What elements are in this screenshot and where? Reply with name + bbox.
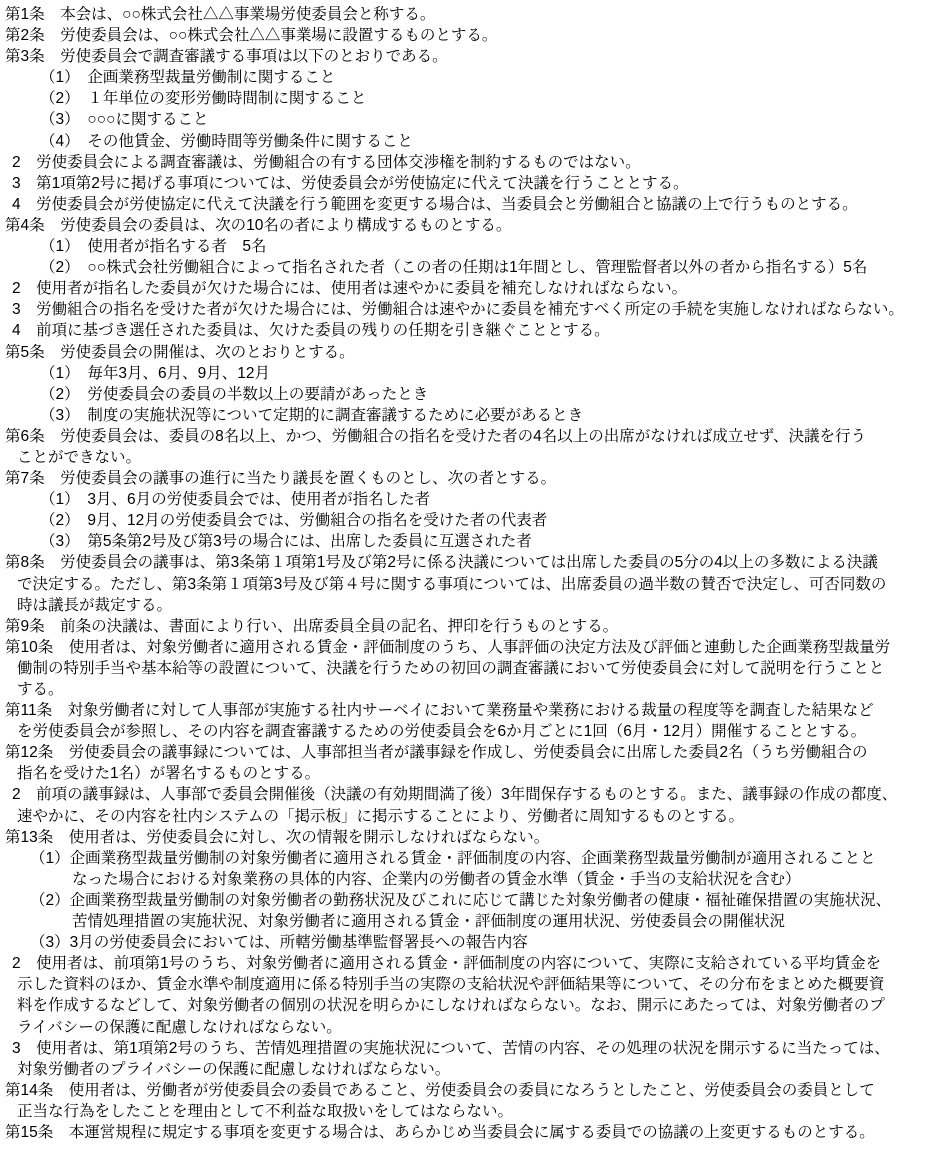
document-line: （2） 9月、12月の労使委員会では、労働組合の指名を受けた者の代表者 xyxy=(0,510,940,531)
document-line: 速やかに、その内容を社内システムの「掲示板」に掲示することにより、労働者に周知す… xyxy=(0,806,940,827)
document-line: 第8条 労使委員会の議事は、第3条第１項第1号及び第2号に係る決議については出席… xyxy=(0,552,940,573)
document-line: 第3条 労使委員会で調査審議する事項は以下のとおりである。 xyxy=(0,46,940,67)
document-line: （1） 使用者が指名する者 5名 xyxy=(0,236,940,257)
document-line: 3 第1項第2号に掲げる事項については、労使委員会が労使協定に代えて決議を行うこ… xyxy=(0,173,940,194)
document-line: （2） ○○株式会社労働組合によって指名された者（この者の任期は1年間とし、管理… xyxy=(0,257,940,278)
document-line: 3 使用者は、第1項第2号のうち、苦情処理措置の実施状況について、苦情の内容、そ… xyxy=(0,1038,940,1059)
document-line: （1） 企画業務型裁量労働制に関すること xyxy=(0,67,940,88)
document-line: 第1条 本会は、○○株式会社△△事業場労使委員会と称する。 xyxy=(0,4,940,25)
document-line: （4） その他賃金、労働時間等労働条件に関すること xyxy=(0,131,940,152)
document-line: （1）企画業務型裁量労働制の対象労働者に適用される賃金・評価制度の内容、企画業務… xyxy=(0,848,940,869)
document-line: で決定する。ただし、第3条第１項第3号及び第４号に関する事項については、出席委員… xyxy=(0,574,940,595)
document-line: 第5条 労使委員会の開催は、次のとおりとする。 xyxy=(0,342,940,363)
document-line: （3）3月の労使委員会においては、所轄労働基準監督署長への報告内容 xyxy=(0,932,940,953)
document-line: 第14条 使用者は、労働者が労使委員会の委員であること、労使委員会の委員になろう… xyxy=(0,1080,940,1101)
document-line: ことができない。 xyxy=(0,447,940,468)
regulation-document: 第1条 本会は、○○株式会社△△事業場労使委員会と称する。第2条 労使委員会は、… xyxy=(0,0,940,1143)
document-line: 第15条 本運営規程に規定する事項を変更する場合は、あらかじめ当委員会に属する委… xyxy=(0,1122,940,1143)
document-line: を労使委員会が参照し、その内容を調査審議するための労使委員会を6か月ごとに1回（… xyxy=(0,721,940,742)
document-line: 示した資料のほか、賃金水準や制度適用に係る特別手当の実際の支給状況や評価結果等に… xyxy=(0,974,940,995)
document-line: 第4条 労使委員会の委員は、次の10名の者により構成するものとする。 xyxy=(0,215,940,236)
document-line: 2 使用者は、前項第1号のうち、対象労働者に適用される賃金・評価制度の内容につい… xyxy=(0,953,940,974)
document-line: 第10条 使用者は、対象労働者に適用される賃金・評価制度のうち、人事評価の決定方… xyxy=(0,637,940,658)
document-line: （1） 3月、6月の労使委員会では、使用者が指名した者 xyxy=(0,489,940,510)
document-line: 第6条 労使委員会は、委員の8名以上、かつ、労働組合の指名を受けた者の4名以上の… xyxy=(0,426,940,447)
document-line: （3） 第5条第2号及び第3号の場合には、出席した委員に互選された者 xyxy=(0,531,940,552)
document-line: 2 使用者が指名した委員が欠けた場合には、使用者は速やかに委員を補充しなければな… xyxy=(0,278,940,299)
document-line: （2） 労使委員会の委員の半数以上の要請があったとき xyxy=(0,384,940,405)
document-line: 第7条 労使委員会の議事の進行に当たり議長を置くものとし、次の者とする。 xyxy=(0,468,940,489)
document-line: 2 労使委員会による調査審議は、労働組合の有する団体交渉権を制約するものではない… xyxy=(0,152,940,173)
document-line: 第11条 対象労働者に対して人事部が実施する社内サーベイにおいて業務量や業務にお… xyxy=(0,700,940,721)
document-line: （2） １年単位の変形労働時間制に関すること xyxy=(0,88,940,109)
document-line: 働制の特別手当や基本給等の設置について、決議を行うための初回の調査審議において労… xyxy=(0,658,940,679)
document-line: 第12条 労使委員会の議事録については、人事部担当者が議事録を作成し、労使委員会… xyxy=(0,742,940,763)
document-line: 時は議長が裁定する。 xyxy=(0,595,940,616)
document-line: 3 労働組合の指名を受けた者が欠けた場合には、労働組合は速やかに委員を補充すべく… xyxy=(0,299,940,320)
document-line: 4 前項に基づき選任された委員は、欠けた委員の残りの任期を引き継ぐこととする。 xyxy=(0,320,940,341)
document-line: （1） 毎年3月、6月、9月、12月 xyxy=(0,363,940,384)
document-line: 苦情処理措置の実施状況、対象労働者に適用される賃金・評価制度の運用状況、労使委員… xyxy=(0,911,940,932)
document-line: （3） ○○○に関すること xyxy=(0,109,940,130)
document-line: なった場合における対象業務の具体的内容、企業内の労働者の賃金水準（賃金・手当の支… xyxy=(0,869,940,890)
document-line: 第9条 前条の決議は、書面により行い、出席委員全員の記名、押印を行うものとする。 xyxy=(0,616,940,637)
document-line: 指名を受けた1名）が署名するものとする。 xyxy=(0,763,940,784)
document-line: 第13条 使用者は、労使委員会に対し、次の情報を開示しなければならない。 xyxy=(0,827,940,848)
document-line: （2）企画業務型裁量労働制の対象労働者の勤務状況及びこれに応じて講じた対象労働者… xyxy=(0,890,940,911)
document-line: ライバシーの保護に配慮しなければならない。 xyxy=(0,1017,940,1038)
document-line: 第2条 労使委員会は、○○株式会社△△事業場に設置するものとする。 xyxy=(0,25,940,46)
document-line: （3） 制度の実施状況等について定期的に調査審議するために必要があるとき xyxy=(0,405,940,426)
document-line: する。 xyxy=(0,679,940,700)
document-body: 第1条 本会は、○○株式会社△△事業場労使委員会と称する。第2条 労使委員会は、… xyxy=(0,4,940,1143)
document-line: 正当な行為をしたことを理由として不利益な取扱いをしてはならない。 xyxy=(0,1101,940,1122)
document-line: 2 前項の議事録は、人事部で委員会開催後（決議の有効期間満了後）3年間保存するも… xyxy=(0,784,940,805)
document-line: 4 労使委員会が労使協定に代えて決議を行う範囲を変更する場合は、当委員会と労働組… xyxy=(0,194,940,215)
document-line: 対象労働者のプライバシーの保護に配慮しなければならない。 xyxy=(0,1059,940,1080)
document-line: 料を作成するなどして、対象労働者の個別の状況を明らかにしなければならない。なお、… xyxy=(0,995,940,1016)
